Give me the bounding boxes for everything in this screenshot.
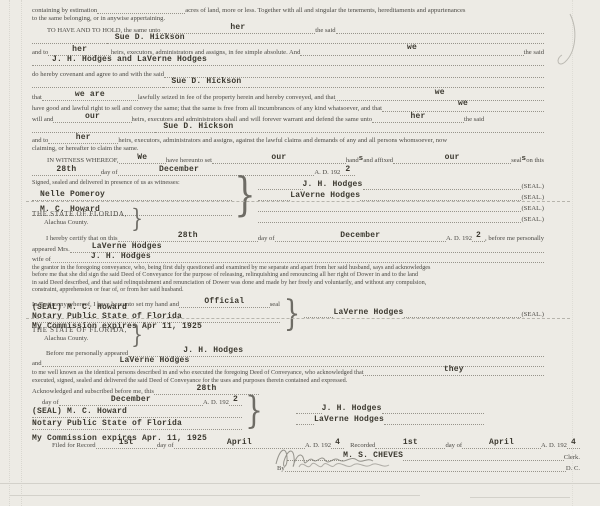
paragraph-line: constraint, apprehension or fear of, or … [32, 286, 544, 293]
fill-blank: 2 [472, 232, 485, 242]
seal-label: (SEAL.) [521, 183, 544, 190]
form-text: day of [32, 399, 59, 406]
typed-entry: J. H. Hodges [183, 346, 243, 355]
fill-blank: we [382, 102, 544, 112]
fill-blank: December [275, 232, 446, 242]
fill-blank: we are [42, 91, 138, 101]
acknowledgment-section: THE STATE OF FLORIDA, Alachua County. } … [32, 326, 544, 472]
witness-signature: Nelle Pomeroy [40, 190, 105, 199]
brace-holder: } [280, 297, 304, 327]
typed-entry: 1st [119, 438, 134, 447]
grantor-signature: LaVerne Hodges [290, 191, 360, 200]
dotted-rule [336, 26, 544, 34]
form-text: Filed for Record [52, 442, 96, 449]
fill-blank: our [53, 113, 131, 123]
form-text: day of [445, 442, 462, 449]
seal-line: J. H. Hodges (SEAL.) [258, 179, 544, 190]
deputy-clerk-line: By D. C. [32, 461, 580, 472]
fill-blank: 4 [567, 439, 580, 449]
scan-edge-line [572, 0, 573, 506]
fill-blank: April [462, 439, 541, 449]
form-text: hand [346, 157, 359, 164]
typed-entry: LaVerne Hodges [120, 356, 190, 365]
have-and-hold-line: TO HAVE AND TO HOLD, the same unto her t… [32, 22, 544, 34]
form-text: lawfully seized in fee of the property h… [138, 94, 336, 101]
dower-signature-column: LaVerne Hodges (SEAL.) [304, 297, 544, 318]
dc-label: D. C. [566, 465, 580, 472]
dotted-rule [193, 36, 544, 44]
dower-acknowledgment-section: THE STATE OF FLORIDA, Alachua County. } … [32, 210, 544, 332]
form-text: the said [315, 27, 335, 34]
typed-entry: they [444, 365, 464, 374]
form-text: claiming, or hereafter to claim the same… [32, 145, 139, 152]
fill-blank: we [335, 91, 544, 101]
warrant-line: will and our heirs, executors and admini… [32, 112, 544, 123]
fill-blank: they [363, 366, 544, 376]
form-text: on this [526, 157, 544, 164]
dotted-rule [304, 310, 333, 318]
dotted-rule [97, 6, 185, 14]
typed-entry: s [359, 155, 364, 163]
form-text: , before me personally [485, 235, 544, 242]
right-brace: } [131, 323, 143, 349]
notary-signature: (SEAL) M. C. Howard [32, 407, 127, 416]
form-text: do hereby covenant and agree to and with… [32, 71, 164, 78]
form-text: A. D. 192 [541, 442, 567, 449]
typed-entry: her [76, 133, 91, 142]
fill-blank: Notary Public State of Florida [32, 420, 242, 430]
typed-entry: 28th [56, 165, 76, 174]
typed-entry: April [489, 438, 514, 447]
acknowledged-line: Acknowledged and subscribed before me, t… [32, 384, 544, 395]
typed-entry: 2 [345, 165, 350, 174]
dotted-rule [404, 310, 522, 318]
witness-line: Nelle Pomeroy [32, 186, 232, 201]
form-text: and affixed [363, 157, 393, 164]
paragraph-line: before me that she did sign the said Dee… [32, 271, 544, 278]
typed-entry: her [230, 23, 245, 32]
form-text: containing by estimation [32, 7, 97, 14]
form-text: and [32, 360, 42, 367]
signature-line: LaVerne Hodges [296, 414, 484, 425]
form-text: A. D. 192 [446, 235, 472, 242]
typed-entry: Sue D. Hickson [115, 33, 185, 42]
ack-notary-block: day of December A. D. 192 2 (SEAL) M. C.… [32, 395, 544, 430]
typed-entry: 2 [233, 395, 238, 404]
form-text: and to [32, 137, 48, 144]
fill-blank: 28th [32, 166, 101, 176]
grantor-signature: J. H. Hodges [322, 404, 382, 413]
form-text: acres of land, more or less. Together wi… [185, 7, 544, 14]
deed-body-section: containing by estimation acres of land, … [32, 4, 544, 223]
grantor-signature: LaVerne Hodges [314, 415, 384, 424]
fill-blank: J. H. Hodges [51, 253, 544, 263]
fill-blank: our [212, 154, 346, 164]
typed-entry: LaVerne Hodges [92, 242, 162, 251]
form-text: day of [157, 442, 174, 449]
form-text: have good and lawful right to sell and c… [32, 105, 382, 112]
right-brace: } [245, 392, 263, 430]
fill-blank: Official [179, 298, 270, 308]
paragraph-line: in said Deed described, and that said re… [32, 279, 544, 286]
form-text: seal [270, 301, 280, 308]
by-label: By [277, 465, 285, 472]
fill-blank: December [118, 166, 241, 176]
seal-line: LaVerne Hodges (SEAL.) [304, 307, 544, 318]
form-text: the said [524, 49, 544, 56]
fill-blank: 28th [154, 385, 259, 395]
typed-entry: J. H. Hodges [91, 252, 151, 261]
typed-entry: our [445, 153, 460, 162]
witness-caption: Signed, sealed and delivered in presence… [32, 179, 180, 186]
form-text: the said [464, 116, 484, 123]
containing-line: containing by estimation acres of land, … [32, 4, 544, 14]
grantors-name-line: J. H. Hodges and LaVerne Hodges [32, 56, 544, 66]
typed-entry: Sue D. Hickson [163, 122, 233, 131]
seal-label: (SEAL.) [521, 194, 544, 201]
acknowledge-paragraph-1: to me well known as the identical person… [32, 367, 544, 376]
good-right-line: have good and lawful right to sell and c… [32, 101, 544, 112]
typed-entry: s [522, 155, 527, 163]
form-text: I hereby certify that on this [46, 235, 118, 242]
grantor-signature: J. H. Hodges [303, 180, 363, 189]
notary-title: Notary Public State of Florida [32, 419, 182, 428]
form-text: and to [32, 49, 48, 56]
form-text: A. D. 192 [314, 169, 340, 176]
typed-entry: her [72, 45, 87, 54]
form-text: will and [32, 116, 53, 123]
typed-entry: 4 [571, 438, 576, 447]
scan-line [470, 497, 570, 498]
dotted-rule [32, 36, 107, 44]
fill-blank: (SEAL) M. C. Howard [32, 408, 242, 418]
typed-entry: our [271, 153, 286, 162]
fill-blank: J. H. Hodges and LaVerne Hodges [32, 56, 544, 66]
fill-blank: her [48, 134, 118, 144]
right-brace: } [131, 207, 143, 233]
scan-edge-line [9, 0, 10, 506]
typed-entry: April [227, 438, 252, 447]
ack-signature-column: J. H. Hodges LaVerne Hodges [266, 395, 544, 425]
form-text: IN WITNESS WHEREOF, [47, 157, 119, 164]
claims-line-2: claiming, or hereafter to claim the same… [32, 144, 544, 152]
paragraph-line: executed, signed, sealed and delivered t… [32, 377, 347, 384]
date-line: day of December A. D. 192 2 [32, 395, 242, 406]
containing-line-2: to the same belonging, or in anywise app… [32, 14, 544, 22]
fill-blank: December [59, 396, 203, 406]
typed-entry: December [111, 395, 151, 404]
typed-entry: 1st [403, 438, 418, 447]
typed-entry: we [407, 43, 417, 52]
fill-blank: We [119, 154, 166, 164]
typed-entry: her [411, 112, 426, 121]
typed-entry: we [435, 88, 445, 97]
typed-entry: Official [204, 297, 244, 306]
section-divider [26, 201, 570, 202]
before-line: Before me personally appeared J. H. Hodg… [32, 346, 544, 357]
grantor-signature: LaVerne Hodges [333, 308, 403, 317]
grantee-name-line-2: Sue D. Hickson [32, 78, 544, 88]
typed-entry: 2 [476, 231, 481, 240]
form-text: wife of [32, 256, 51, 263]
signature-line: J. H. Hodges [296, 403, 484, 414]
notary-signature-line: (SEAL) M. C. Howard [32, 406, 242, 418]
seal-line: LaVerne Hodges (SEAL.) [258, 190, 544, 201]
dotted-rule [258, 182, 303, 190]
dotted-rule [384, 417, 484, 425]
form-text: Before me personally appeared [46, 350, 128, 357]
typed-entry: J. H. Hodges and LaVerne Hodges [52, 55, 207, 64]
fill-blank: our [393, 154, 511, 164]
form-text: to the same belonging, or in anywise app… [32, 15, 165, 22]
state-caption: THE STATE OF FLORIDA, [32, 210, 127, 218]
form-text: have hereunto set [166, 157, 212, 164]
deputy-signature [297, 457, 417, 473]
form-text: heirs, executors, administrators and ass… [118, 137, 544, 144]
in-witness-line: IN WITNESS WHEREOF, We have hereunto set… [32, 152, 544, 164]
typed-entry: we [458, 99, 468, 108]
typed-entry: 28th [196, 384, 216, 393]
dower-paragraph: the grantor in the foregoing conveyance,… [32, 264, 544, 294]
fill-blank: we [300, 46, 523, 56]
scan-line [10, 495, 420, 496]
notary-column: day of December A. D. 192 2 (SEAL) M. C.… [32, 395, 242, 430]
county-caption: Alachua County. [44, 219, 88, 226]
venue-block: THE STATE OF FLORIDA, Alachua County. } [32, 210, 544, 230]
state-caption: THE STATE OF FLORIDA, [32, 326, 127, 334]
fill-blank: 2 [229, 396, 242, 406]
clerk-label: Clerk. [564, 454, 580, 461]
dotted-rule [296, 406, 322, 414]
county-caption: Alachua County. [44, 335, 88, 342]
fill-blank: J. H. Hodges [128, 347, 544, 357]
fill-blank: 2 [340, 166, 355, 176]
section-divider [26, 318, 570, 319]
brace-holder: } [232, 178, 258, 212]
form-text: appeared Mrs. [32, 246, 70, 253]
notary-title-line: Notary Public State of Florida [32, 418, 242, 430]
fill-blank: Nelle Pomeroy [32, 191, 232, 201]
scanned-deed-page: containing by estimation acres of land, … [0, 0, 600, 506]
fill-blank: Sue D. Hickson [155, 123, 241, 133]
form-text: Acknowledged and subscribed before me, t… [32, 388, 154, 395]
scan-edge-line [21, 0, 22, 506]
covenant-line: do hereby covenant and agree to and with… [32, 66, 544, 78]
certify-line: I hereby certify that on this 28th day o… [32, 230, 544, 242]
form-text: day of [258, 235, 275, 242]
acknowledge-paragraph-2: executed, signed, sealed and delivered t… [32, 376, 544, 384]
form-text: day of [101, 169, 118, 176]
typed-entry: we are [75, 90, 105, 99]
scan-line [0, 483, 600, 484]
spacer [355, 169, 544, 176]
dotted-rule [382, 406, 484, 414]
paragraph-line: the grantor in the foregoing conveyance,… [32, 264, 544, 271]
typed-entry: Sue D. Hickson [171, 77, 241, 86]
claims-line: and to her heirs, executors, administrat… [32, 133, 544, 144]
typed-entry: 28th [178, 231, 198, 240]
dotted-rule [249, 80, 544, 88]
form-text: seal [511, 157, 521, 164]
typed-entry: our [85, 112, 100, 121]
dotted-rule [258, 193, 290, 201]
deed-date-line: 28th day of December A. D. 192 2 [32, 164, 544, 176]
seal-label: (SEAL.) [521, 311, 544, 318]
typed-entry: We [137, 153, 147, 162]
fill-blank: Sue D. Hickson [163, 78, 249, 88]
spacer [259, 388, 544, 395]
form-text: that [32, 94, 42, 101]
brace-holder: } [242, 395, 266, 425]
typed-entry: December [159, 165, 199, 174]
wife-of-line: wife of J. H. Hodges [32, 253, 544, 263]
fill-blank: her [372, 113, 464, 123]
typed-entry: December [340, 231, 380, 240]
notary-title: Notary Public State of Florida [32, 312, 182, 321]
notary-signature: (SEAL) M. C. Howard [32, 303, 127, 312]
form-text: A. D. 192 [203, 399, 229, 406]
dotted-rule [296, 417, 314, 425]
venue-block: THE STATE OF FLORIDA, Alachua County. } [32, 326, 544, 346]
grantee-name-line-3: Sue D. Hickson [32, 123, 544, 133]
fill-blank: Sue D. Hickson [107, 34, 193, 44]
paragraph-line: to me well known as the identical person… [32, 369, 363, 376]
dotted-rule [403, 453, 564, 461]
dotted-rule [363, 182, 522, 190]
dotted-rule [32, 125, 155, 133]
dotted-rule [241, 125, 544, 133]
grantee-name-line: Sue D. Hickson [32, 34, 544, 44]
pen-mark [548, 12, 588, 74]
dotted-rule [32, 80, 163, 88]
dotted-rule [360, 193, 521, 201]
